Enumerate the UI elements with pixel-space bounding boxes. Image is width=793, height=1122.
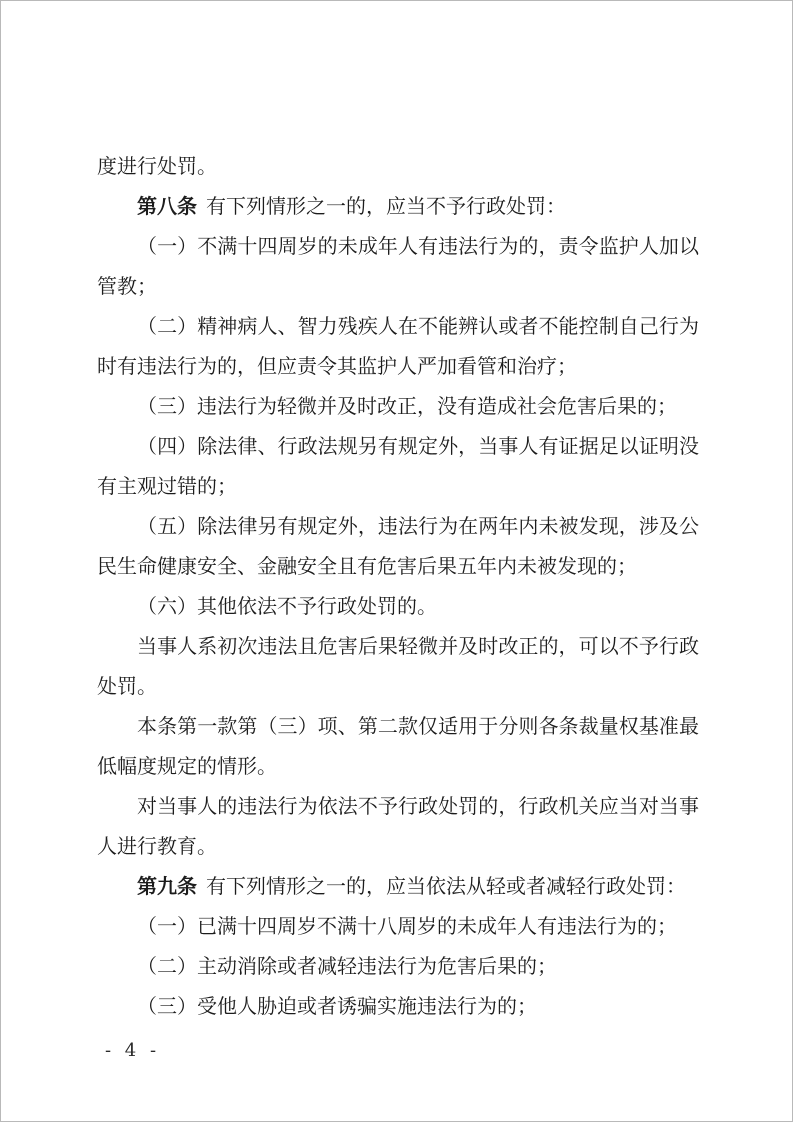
document-body: 度进行处罚。第八条有下列情形之一的，应当不予行政处罚：（一）不满十四周岁的未成年… xyxy=(97,146,699,1026)
article-text: 有下列情形之一的，应当依法从轻或者减轻行政处罚： xyxy=(206,874,686,898)
paragraph: （三）违法行为轻微并及时改正，没有造成社会危害后果的； xyxy=(97,386,699,426)
article-number: 第九条 xyxy=(137,874,197,898)
paragraph: （四）除法律、行政法规另有规定外，当事人有证据足以证明没有主观过错的； xyxy=(97,426,699,506)
paragraph: 度进行处罚。 xyxy=(97,146,699,186)
article-text: 有下列情形之一的，应当不予行政处罚： xyxy=(206,194,566,218)
paragraph: （五）除法律另有规定外，违法行为在两年内未被发现，涉及公民生命健康安全、金融安全… xyxy=(97,506,699,586)
paragraph: 本条第一款第（三）项、第二款仅适用于分则各条裁量权基准最低幅度规定的情形。 xyxy=(97,706,699,786)
article-number: 第八条 xyxy=(137,194,197,218)
document-page: { "page": { "background_color": "#ffffff… xyxy=(0,0,793,1122)
paragraph: （六）其他依法不予行政处罚的。 xyxy=(97,586,699,626)
paragraph: （三）受他人胁迫或者诱骗实施违法行为的； xyxy=(97,986,699,1026)
paragraph: 当事人系初次违法且危害后果轻微并及时改正的，可以不予行政处罚。 xyxy=(97,626,699,706)
paragraph: （二）精神病人、智力残疾人在不能辨认或者不能控制自己行为时有违法行为的，但应责令… xyxy=(97,306,699,386)
paragraph: （二）主动消除或者减轻违法行为危害后果的； xyxy=(97,946,699,986)
page-number: - 4 - xyxy=(105,1040,160,1061)
paragraph: （一）不满十四周岁的未成年人有违法行为的，责令监护人加以管教； xyxy=(97,226,699,306)
article-paragraph: 第八条有下列情形之一的，应当不予行政处罚： xyxy=(97,186,699,226)
paragraph: 对当事人的违法行为依法不予行政处罚的，行政机关应当对当事人进行教育。 xyxy=(97,786,699,866)
paragraph: （一）已满十四周岁不满十八周岁的未成年人有违法行为的； xyxy=(97,906,699,946)
page-footer: - 4 - xyxy=(105,1039,160,1063)
article-paragraph: 第九条有下列情形之一的，应当依法从轻或者减轻行政处罚： xyxy=(97,866,699,906)
